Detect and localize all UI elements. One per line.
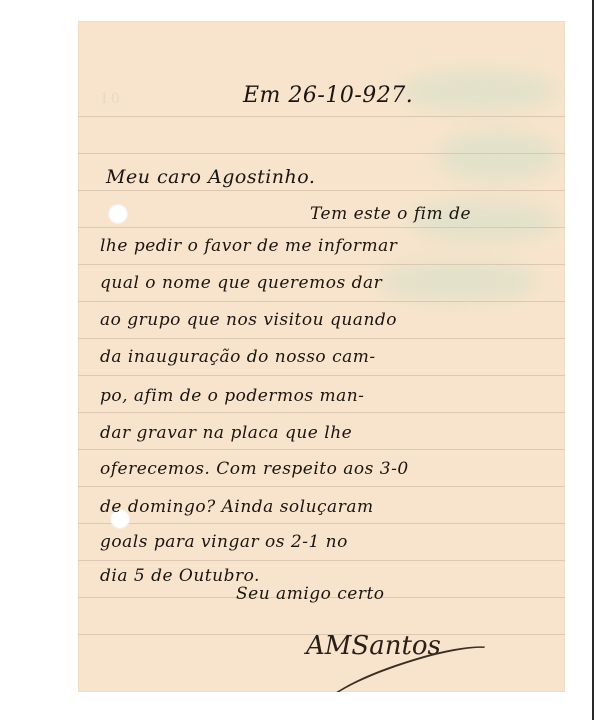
ruled-line bbox=[78, 412, 565, 413]
ruled-line bbox=[78, 227, 565, 228]
letter-paper: 10 Em 26-10-927. Meu caro Agostinho. Tem… bbox=[78, 21, 565, 692]
ruled-line bbox=[78, 486, 565, 487]
body-line: Tem este o fim de bbox=[310, 204, 471, 224]
body-line: qual o nome que queremos dar bbox=[100, 273, 382, 293]
ruled-line bbox=[78, 153, 565, 154]
ruled-line bbox=[78, 449, 565, 450]
ruled-line bbox=[78, 338, 565, 339]
body-line: dia 5 de Outubro. bbox=[100, 566, 260, 586]
show-through-tint bbox=[378, 261, 538, 301]
body-line: de domingo? Ainda soluçaram bbox=[100, 497, 374, 517]
show-through-tint bbox=[398, 71, 558, 111]
scan-frame-edge bbox=[592, 0, 594, 720]
body-line: oferecemos. Com respeito aos 3-0 bbox=[100, 459, 409, 479]
body-line: po, afim de o podermos man- bbox=[100, 386, 364, 406]
body-line: goals para vingar os 2-1 no bbox=[100, 532, 348, 552]
ruled-line bbox=[78, 116, 565, 117]
ruled-line bbox=[78, 523, 565, 524]
closing-line: Seu amigo certo bbox=[236, 584, 385, 604]
ruled-line bbox=[78, 375, 565, 376]
punch-hole bbox=[108, 204, 128, 224]
body-line: da inauguração do nosso cam- bbox=[100, 347, 376, 367]
date-line: Em 26-10-927. bbox=[243, 83, 413, 108]
salutation: Meu caro Agostinho. bbox=[106, 166, 315, 188]
ruled-line bbox=[78, 301, 565, 302]
body-line: lhe pedir o favor de me informar bbox=[100, 236, 397, 256]
ruled-line bbox=[78, 264, 565, 265]
margin-mark: 10 bbox=[100, 91, 122, 107]
ruled-line bbox=[78, 190, 565, 191]
body-line: ao grupo que nos visitou quando bbox=[100, 310, 397, 330]
body-line: dar gravar na placa que lhe bbox=[100, 423, 352, 443]
ruled-line bbox=[78, 560, 565, 561]
show-through-tint bbox=[438, 131, 558, 181]
